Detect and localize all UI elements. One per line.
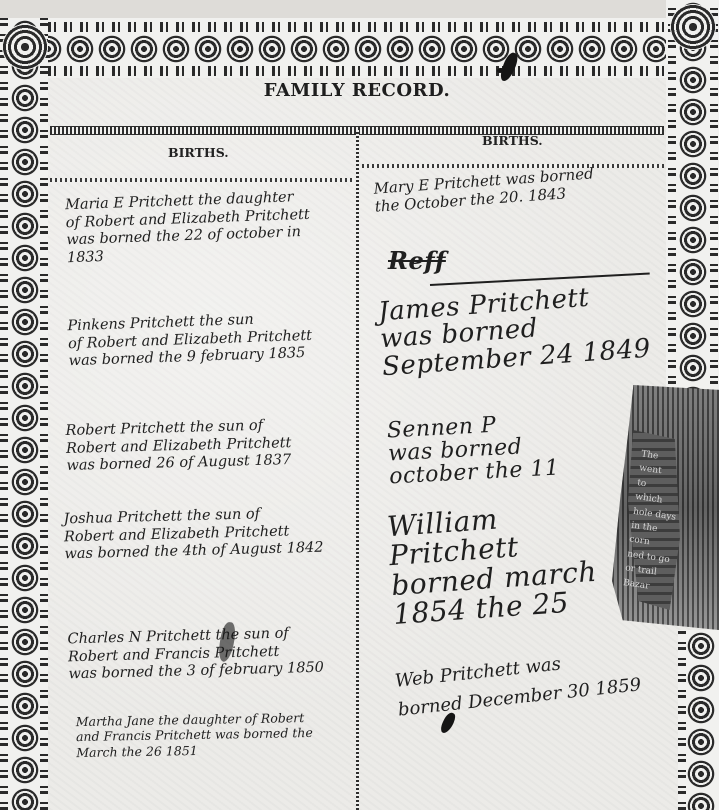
birth-entry-mary: Mary E Pritchett was borned the October … — [373, 164, 595, 216]
ornamental-border-top — [0, 18, 719, 78]
ornamental-border-right-lower — [678, 630, 719, 810]
birth-entry-james: James Pritchett was borned September 24 … — [377, 281, 651, 381]
birth-entry-sennen: Sennen P was borned october the 11 — [386, 411, 560, 489]
left-column-header: BIRTHS. — [168, 145, 229, 160]
scan-top-edge — [0, 0, 719, 18]
right-header-rule — [362, 164, 664, 168]
birth-entry-maria: Maria E Pritchett the daughter of Robert… — [65, 189, 311, 268]
page-title: FAMILY RECORD. — [48, 80, 666, 101]
ornamental-border-right — [666, 0, 719, 400]
column-divider — [356, 130, 359, 810]
corner-rosette-icon — [2, 24, 48, 70]
right-column-header: BIRTHS. — [482, 133, 543, 148]
family-record-page: FAMILY RECORD. BIRTHS. BIRTHS. Maria E P… — [0, 0, 719, 810]
birth-entry-pinkens: Pinkens Pritchett the sun of Robert and … — [67, 310, 313, 372]
left-header-rule — [50, 178, 355, 182]
birth-entry-martha: Martha Jane the daughter of Robert and F… — [76, 710, 314, 760]
birth-entry-william: William Pritchett borned march 1854 the … — [386, 498, 600, 630]
ornamental-border-left — [0, 18, 48, 810]
birth-entry-charles: Charles N Pritchett the sun of Robert an… — [67, 625, 324, 685]
birth-entry-web: Web Pritchett was borned December 30 185… — [394, 642, 643, 725]
struck-entry: Reff — [388, 248, 446, 273]
birth-entry-joshua: Joshua Pritchett the sun of Robert and E… — [63, 505, 323, 565]
birth-entry-robert: Robert Pritchett the sun of Robert and E… — [65, 417, 292, 476]
title-area: FAMILY RECORD. — [48, 78, 666, 124]
corner-rosette-icon — [670, 4, 716, 50]
